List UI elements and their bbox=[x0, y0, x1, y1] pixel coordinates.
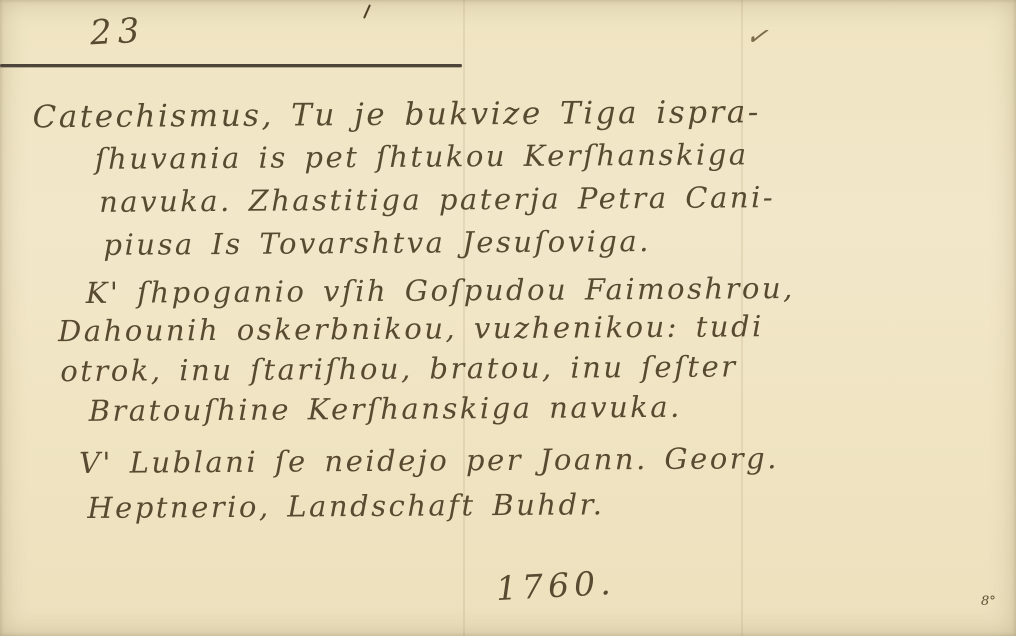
title-line-3: navuka. Zhastitiga paterja Petra Cani- bbox=[99, 180, 775, 219]
catalog-card: 23 ✓ Catechismus, Tu je bukvize Tiga isp… bbox=[0, 0, 1016, 636]
card-text: Catechismus, Tu je bukvize Tiga ispra- ſ… bbox=[0, 0, 1016, 636]
audience-line-3: otrok, inu ſtariſhou, bratou, inu ſeſter bbox=[60, 349, 737, 388]
publication-year: 1760. bbox=[495, 563, 616, 608]
format-notation: 8° bbox=[981, 594, 996, 609]
title-line-4: piusa Is Tovarshtva Jesuſoviga. bbox=[103, 224, 651, 262]
title-line-2: ſhuvania is pet ſhtukou Kerſhanskiga bbox=[95, 137, 749, 176]
title-line-1: Catechismus, Tu je bukvize Tiga ispra- bbox=[32, 94, 760, 135]
audience-line-4: Bratouſhine Kerſhanskiga navuka. bbox=[89, 390, 682, 428]
audience-line-1: K' ſhpoganio vſih Goſpudou Faimoshrou, bbox=[86, 271, 795, 310]
audience-line-2: Dahounih oskerbnikou, vuzhenikou: tudi bbox=[58, 309, 764, 348]
imprint-line-2: Heptnerio, Landschaft Buhdr. bbox=[87, 487, 604, 525]
imprint-line-1: V' Lublani ſe neidejo per Joann. Georg. bbox=[79, 441, 779, 480]
